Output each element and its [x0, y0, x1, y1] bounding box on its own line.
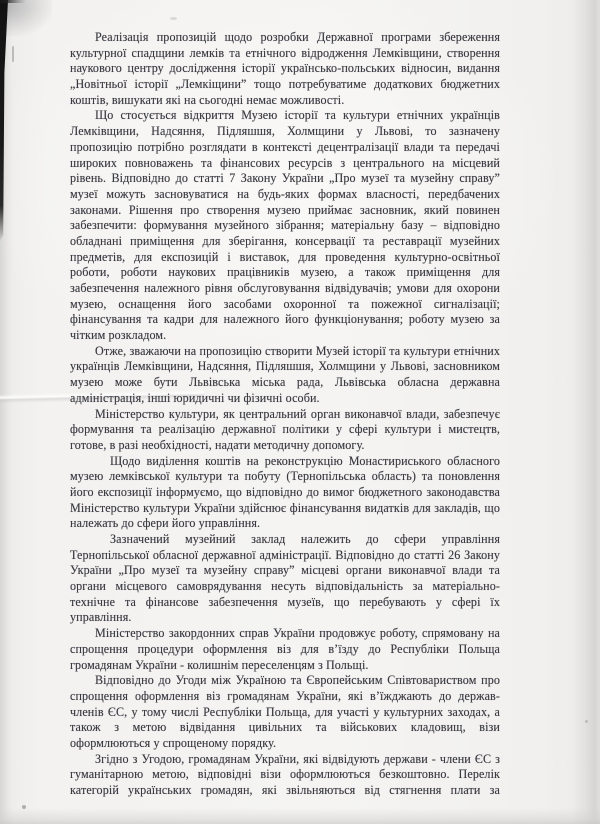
- scan-bottom-edge-shadow: [0, 808, 600, 824]
- paragraph-zghidno-z-uhodoyu: Згідно з Угодою, громадянам України, які…: [70, 752, 500, 799]
- paragraph-vydilennya-koshtiv: Щодо виділення коштів на реконструкцію М…: [70, 454, 500, 532]
- scan-corner-blotch: [0, 0, 52, 36]
- paragraph-vidkryttya-muzeyu: Що стосується відкриття Музею історії та…: [70, 108, 500, 343]
- scan-speck: [12, 46, 14, 62]
- paragraph-realizatsiya-propozytsiy: Реалізація пропозицій щодо розробки Держ…: [70, 30, 500, 108]
- scan-speck: [22, 805, 26, 809]
- paragraph-uhoda-es: Відповідно до Угоди між Україною та Євро…: [70, 673, 500, 751]
- scan-top-edge-line: [0, 0, 26, 3]
- scan-speck: [585, 720, 588, 723]
- paragraph-zaznachenyi-zaklad: Зазначений музейний заклад належить до с…: [70, 532, 500, 626]
- scan-right-edge-shadow: [572, 0, 600, 824]
- paragraph-otzhe-zasnovnyk: Отже, зважаючи на пропозицію створити Му…: [70, 344, 500, 407]
- paragraph-mzs-vizy: Міністерство закордонних справ України п…: [70, 626, 500, 673]
- letter-body: Реалізація пропозицій щодо розробки Держ…: [70, 30, 500, 799]
- paragraph-ministerstvo-kultury: Міністерство культури, як центральний ор…: [70, 407, 500, 454]
- scan-speck: [170, 17, 177, 20]
- document-page: Реалізація пропозицій щодо розробки Держ…: [0, 0, 600, 824]
